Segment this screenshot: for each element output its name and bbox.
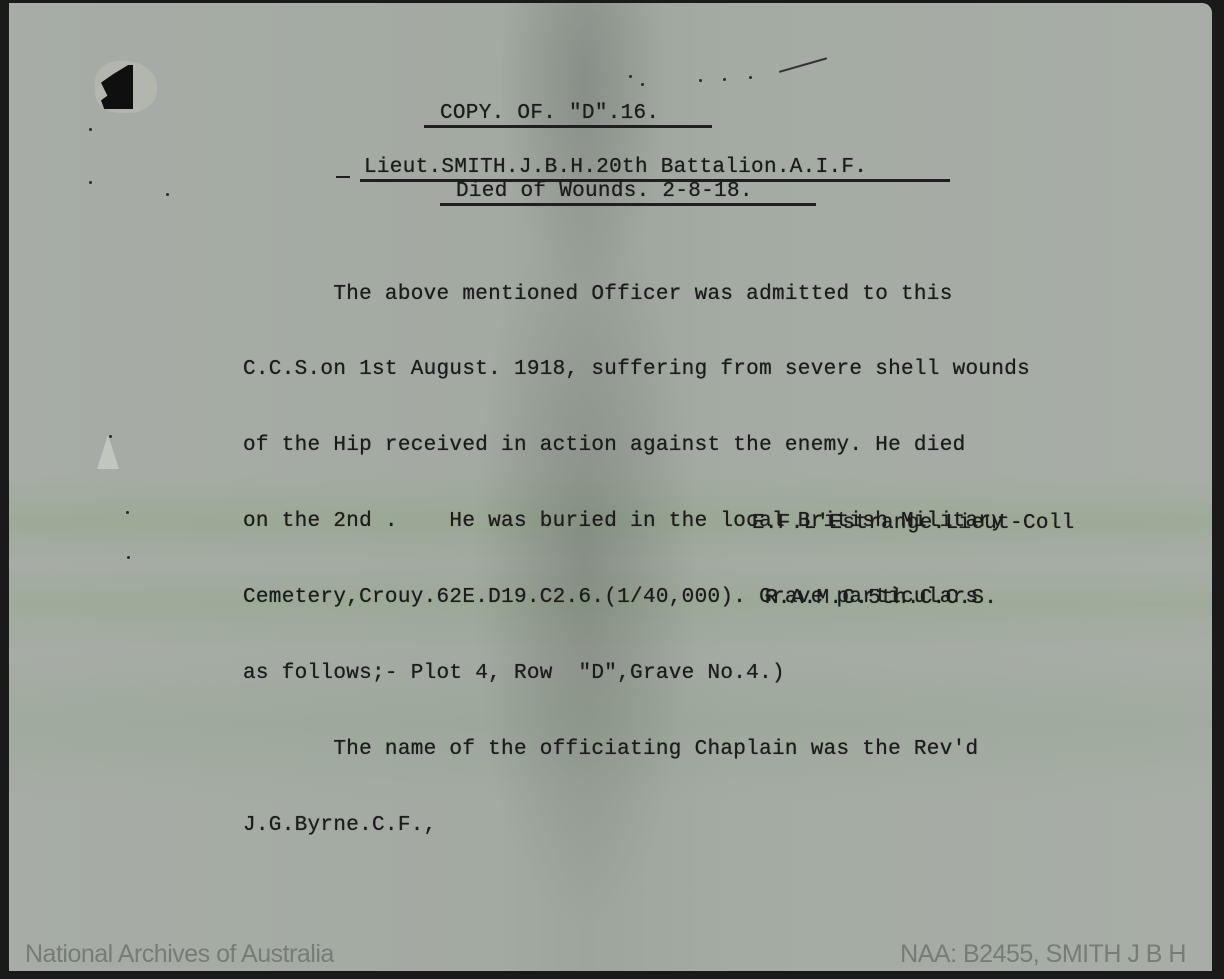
speck xyxy=(89,181,92,184)
speck xyxy=(629,75,632,78)
body-line: C.C.S.on 1st August. 1918, suffering fro… xyxy=(243,357,1030,382)
archive-watermark: National Archives of Australia xyxy=(25,940,334,969)
status-line: Died of Wounds. 2-8-18. xyxy=(456,179,753,204)
signature-unit: R.A.M.C.5th.C.C.S. xyxy=(752,586,1075,611)
subject-line: Lieut.SMITH.J.B.H.20th Battalion.A.I.F. xyxy=(364,155,867,180)
body-line: The name of the officiating Chaplain was… xyxy=(243,737,1030,762)
paper-tear xyxy=(97,435,119,469)
signature-name: E.F.L'Estrange.Lieut-Coll xyxy=(752,511,1075,536)
speck xyxy=(166,193,169,196)
heading-dash xyxy=(336,176,350,178)
status-underline xyxy=(440,203,816,206)
body-line: The above mentioned Officer was admitted… xyxy=(243,282,1030,307)
speck xyxy=(109,435,112,438)
speck xyxy=(127,556,130,559)
reference-watermark: NAA: B2455, SMITH J B H xyxy=(900,940,1186,969)
speck xyxy=(89,128,92,131)
body-line: of the Hip received in action against th… xyxy=(243,433,1030,458)
body-line: J.G.Byrne.C.F., xyxy=(243,813,1030,838)
speck xyxy=(723,78,726,81)
title-underline xyxy=(424,125,712,128)
ink-scratch xyxy=(779,57,828,73)
speck xyxy=(699,79,702,82)
document-title: COPY. OF. "D".16. xyxy=(440,101,659,126)
speck xyxy=(126,511,129,514)
signature-block: E.F.L'Estrange.Lieut-Coll R.A.M.C.5th.C.… xyxy=(752,461,1075,636)
speck xyxy=(749,76,752,79)
speck xyxy=(641,83,644,86)
body-line: as follows;- Plot 4, Row "D",Grave No.4.… xyxy=(243,661,1030,686)
